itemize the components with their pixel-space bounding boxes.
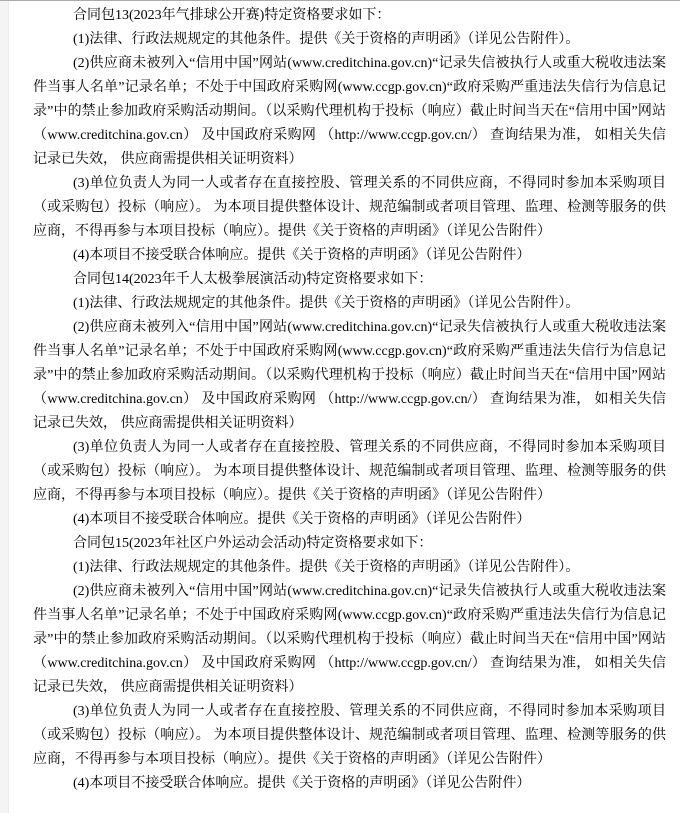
section-heading: 合同包15(2023年社区户外运动会活动)特定资格要求如下： (33, 532, 666, 556)
paragraph: (1)法律、行政法规规定的其他条件。提供《关于资格的声明函》（详见公告附件）。 (33, 556, 666, 580)
paragraph: (2)供应商未被列入“信用中国”网站(www.creditchina.gov.c… (33, 316, 666, 436)
document-page: 合同包13(2023年气排球公开赛)特定资格要求如下： (1)法律、行政法规规定… (0, 0, 680, 813)
left-margin-strip (0, 1, 9, 813)
paragraph: (2)供应商未被列入“信用中国”网站(www.creditchina.gov.c… (33, 52, 666, 172)
section-heading: 合同包14(2023年千人太极拳展演活动)特定资格要求如下： (33, 268, 666, 292)
paragraph: (2)供应商未被列入“信用中国”网站(www.creditchina.gov.c… (33, 580, 666, 700)
section-heading: 合同包13(2023年气排球公开赛)特定资格要求如下： (33, 4, 666, 28)
paragraph: (4)本项目不接受联合体响应。提供《关于资格的声明函》（详见公告附件） (33, 772, 666, 796)
paragraph: (4)本项目不接受联合体响应。提供《关于资格的声明函》（详见公告附件） (33, 244, 666, 268)
document-content: 合同包13(2023年气排球公开赛)特定资格要求如下： (1)法律、行政法规规定… (33, 4, 666, 796)
paragraph: (3)单位负责人为同一人或者存在直接控股、管理关系的不同供应商，不得同时参加本采… (33, 172, 666, 244)
paragraph: (3)单位负责人为同一人或者存在直接控股、管理关系的不同供应商，不得同时参加本采… (33, 700, 666, 772)
paragraph: (1)法律、行政法规规定的其他条件。提供《关于资格的声明函》（详见公告附件）。 (33, 292, 666, 316)
paragraph: (3)单位负责人为同一人或者存在直接控股、管理关系的不同供应商，不得同时参加本采… (33, 436, 666, 508)
paragraph: (4)本项目不接受联合体响应。提供《关于资格的声明函》（详见公告附件） (33, 508, 666, 532)
paragraph: (1)法律、行政法规规定的其他条件。提供《关于资格的声明函》（详见公告附件）。 (33, 28, 666, 52)
